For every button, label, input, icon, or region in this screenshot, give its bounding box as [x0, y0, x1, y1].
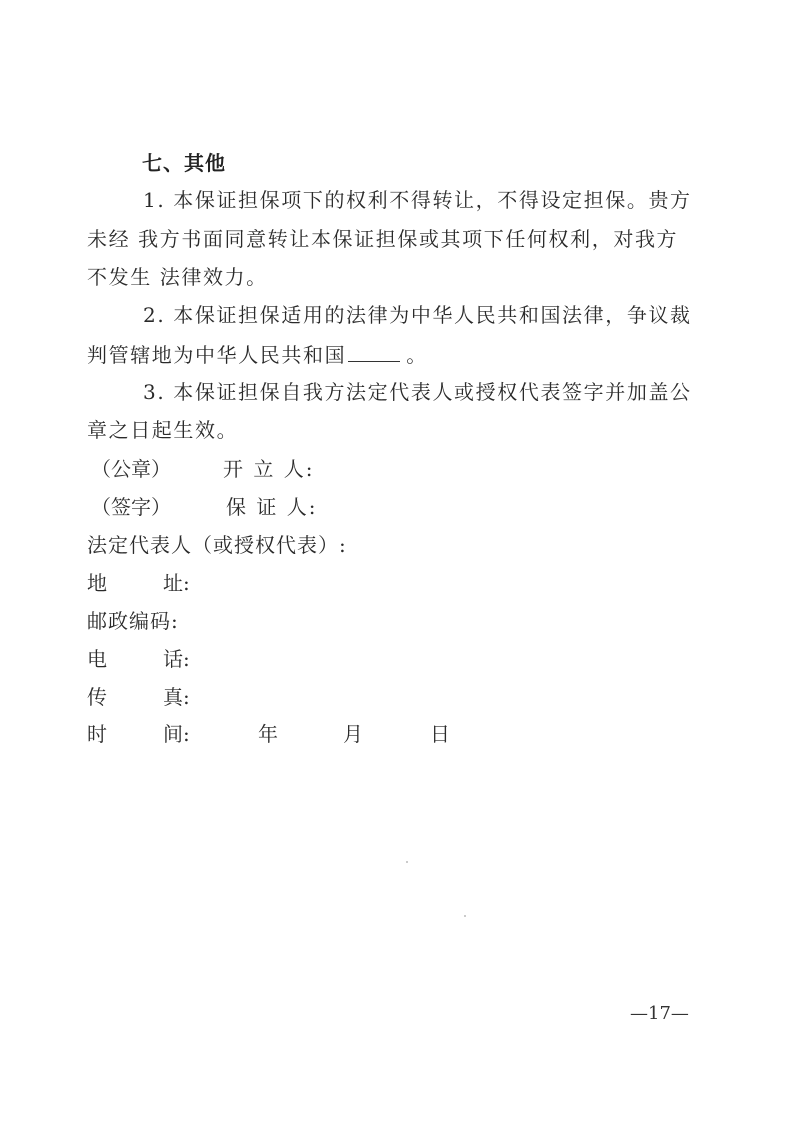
clause-3-line-2: 章之日起生效。 [87, 417, 238, 443]
time-label-2: 间: [163, 721, 190, 747]
fax-label-1: 传 [87, 684, 107, 710]
clause-3-line-1: 3. 本保证担保自我方法定代表人或授权代表签字并加盖公 [143, 379, 692, 405]
clause-1-line-2: 未经 我方书面同意转让本保证担保或其项下任何权利，对我方 [87, 226, 678, 252]
phone-label-2: 话: [163, 646, 190, 672]
document-page: 七、其他 1. 本保证担保项下的权利不得转让，不得设定担保。贵方 未经 我方书面… [0, 0, 800, 1131]
scan-speck [406, 861, 408, 863]
sign-label: （签字） [91, 494, 171, 520]
section-heading: 七、其他 [142, 150, 226, 176]
legal-rep-label: 法定代表人（或授权代表）: [87, 532, 347, 558]
month-label: 月 [343, 721, 363, 747]
clause-1-line-3: 不发生 法律效力。 [87, 264, 268, 290]
clause-2-line-2: 判管辖地为中华人民共和国。 [87, 341, 428, 368]
issuer-label: 开 立 人: [223, 456, 314, 482]
clause-2-line-2-text: 判管辖地为中华人民共和国 [87, 343, 346, 367]
time-label-1: 时 [87, 721, 107, 747]
phone-label-1: 电 [87, 646, 107, 672]
clause-2-line-1: 2. 本保证担保适用的法律为中华人民共和国法律，争议裁 [143, 302, 692, 328]
seal-label: （公章） [91, 456, 171, 482]
clause-1-line-1: 1. 本保证担保项下的权利不得转让，不得设定担保。贵方 [143, 187, 692, 213]
postcode-label: 邮政编码: [87, 608, 179, 634]
page-number: —17— [630, 1003, 689, 1024]
fax-label-2: 真: [163, 684, 190, 710]
address-label-2: 址: [163, 570, 190, 596]
clause-2-suffix: 。 [406, 343, 428, 367]
address-label-1: 地 [87, 570, 107, 596]
year-label: 年 [258, 721, 278, 747]
jurisdiction-blank[interactable] [348, 341, 400, 362]
scan-speck [464, 915, 466, 917]
guarantor-label: 保 证 人: [226, 494, 317, 520]
day-label: 日 [430, 721, 450, 747]
